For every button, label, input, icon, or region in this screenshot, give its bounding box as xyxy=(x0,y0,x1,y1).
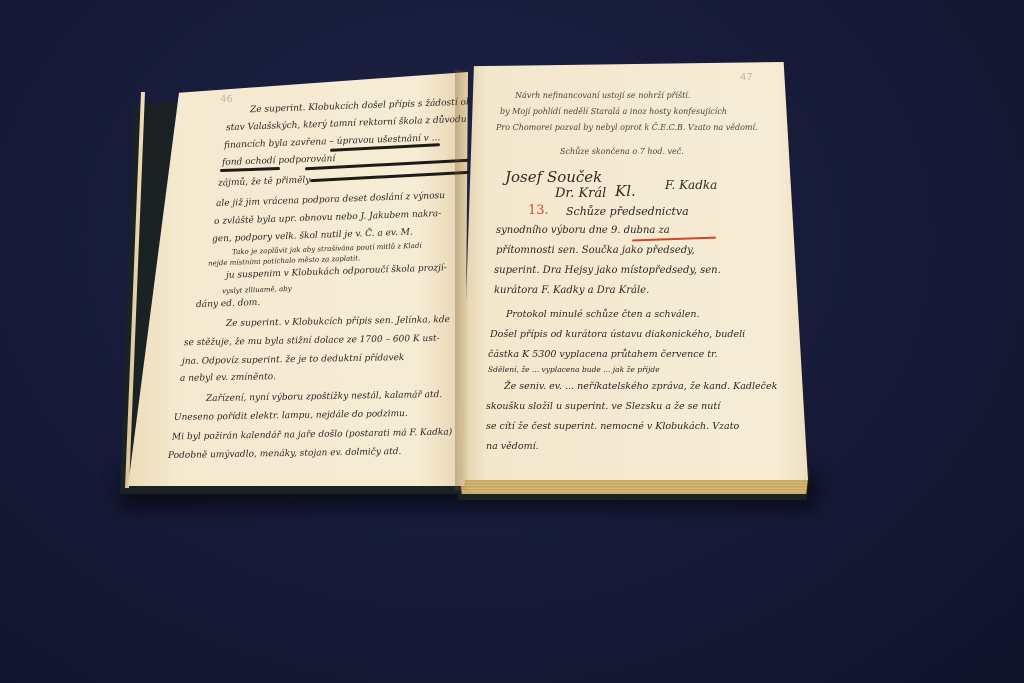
right-page-number: 47 xyxy=(740,72,753,83)
left-page-number: 46 xyxy=(220,94,233,105)
right-line: Návrh nefinancovaní ustojí se nohrží pří… xyxy=(515,92,690,100)
signature: Josef Souček xyxy=(505,168,602,186)
entry-line: kurátora F. Kadky a Dra Krále. xyxy=(494,286,649,296)
photo-scene: 46 Ze superint. Klobukcích došel přípis … xyxy=(0,0,1024,683)
signature: Dr. Král xyxy=(555,186,606,201)
body-line: se cítí že čest superint. nemocné v Klob… xyxy=(486,422,739,432)
signature: Kl. xyxy=(615,182,636,200)
body-line: Protokol minulé schůze čten a schválen. xyxy=(506,310,700,320)
entry-number: 13. xyxy=(528,204,549,217)
entry-line: přítomnosti sen. Součka jako předsedy, xyxy=(496,246,695,256)
entry-line: synodního výboru dne 9. dubna za xyxy=(496,226,670,236)
body-line: na vědomí. xyxy=(486,442,539,452)
body-line-inserted: Sdělení, že ... vyplacena bude ... jak ž… xyxy=(488,366,660,374)
closing-line: Schůze skončena o 7 hod. več. xyxy=(560,148,684,156)
entry-heading: Schůze předsednictva xyxy=(566,206,689,217)
right-line: Pro Chomorei pozval by nebyl oprot k Č.E… xyxy=(496,124,758,132)
signature: F. Kadka xyxy=(665,178,717,192)
page-block-edges xyxy=(460,478,808,494)
entry-line: superint. Dra Hejsy jako místopředsedy, … xyxy=(494,266,721,276)
body-line: Že seniv. ev. ... neříkatelského zpráva,… xyxy=(504,382,777,392)
body-line: skoušku složil u superint. ve Slezsku a … xyxy=(486,402,720,412)
left-line: a nebyl ev. zmíněnto. xyxy=(180,373,276,384)
body-line: Došel přípis od kurátora ústavu diakonic… xyxy=(490,330,745,340)
book-gutter xyxy=(455,70,469,490)
right-line: by Mojí pohlídí nedělí Staralá a inoz ho… xyxy=(500,108,727,116)
body-line: částka K 5300 vyplacena průtahem červenc… xyxy=(488,350,718,360)
